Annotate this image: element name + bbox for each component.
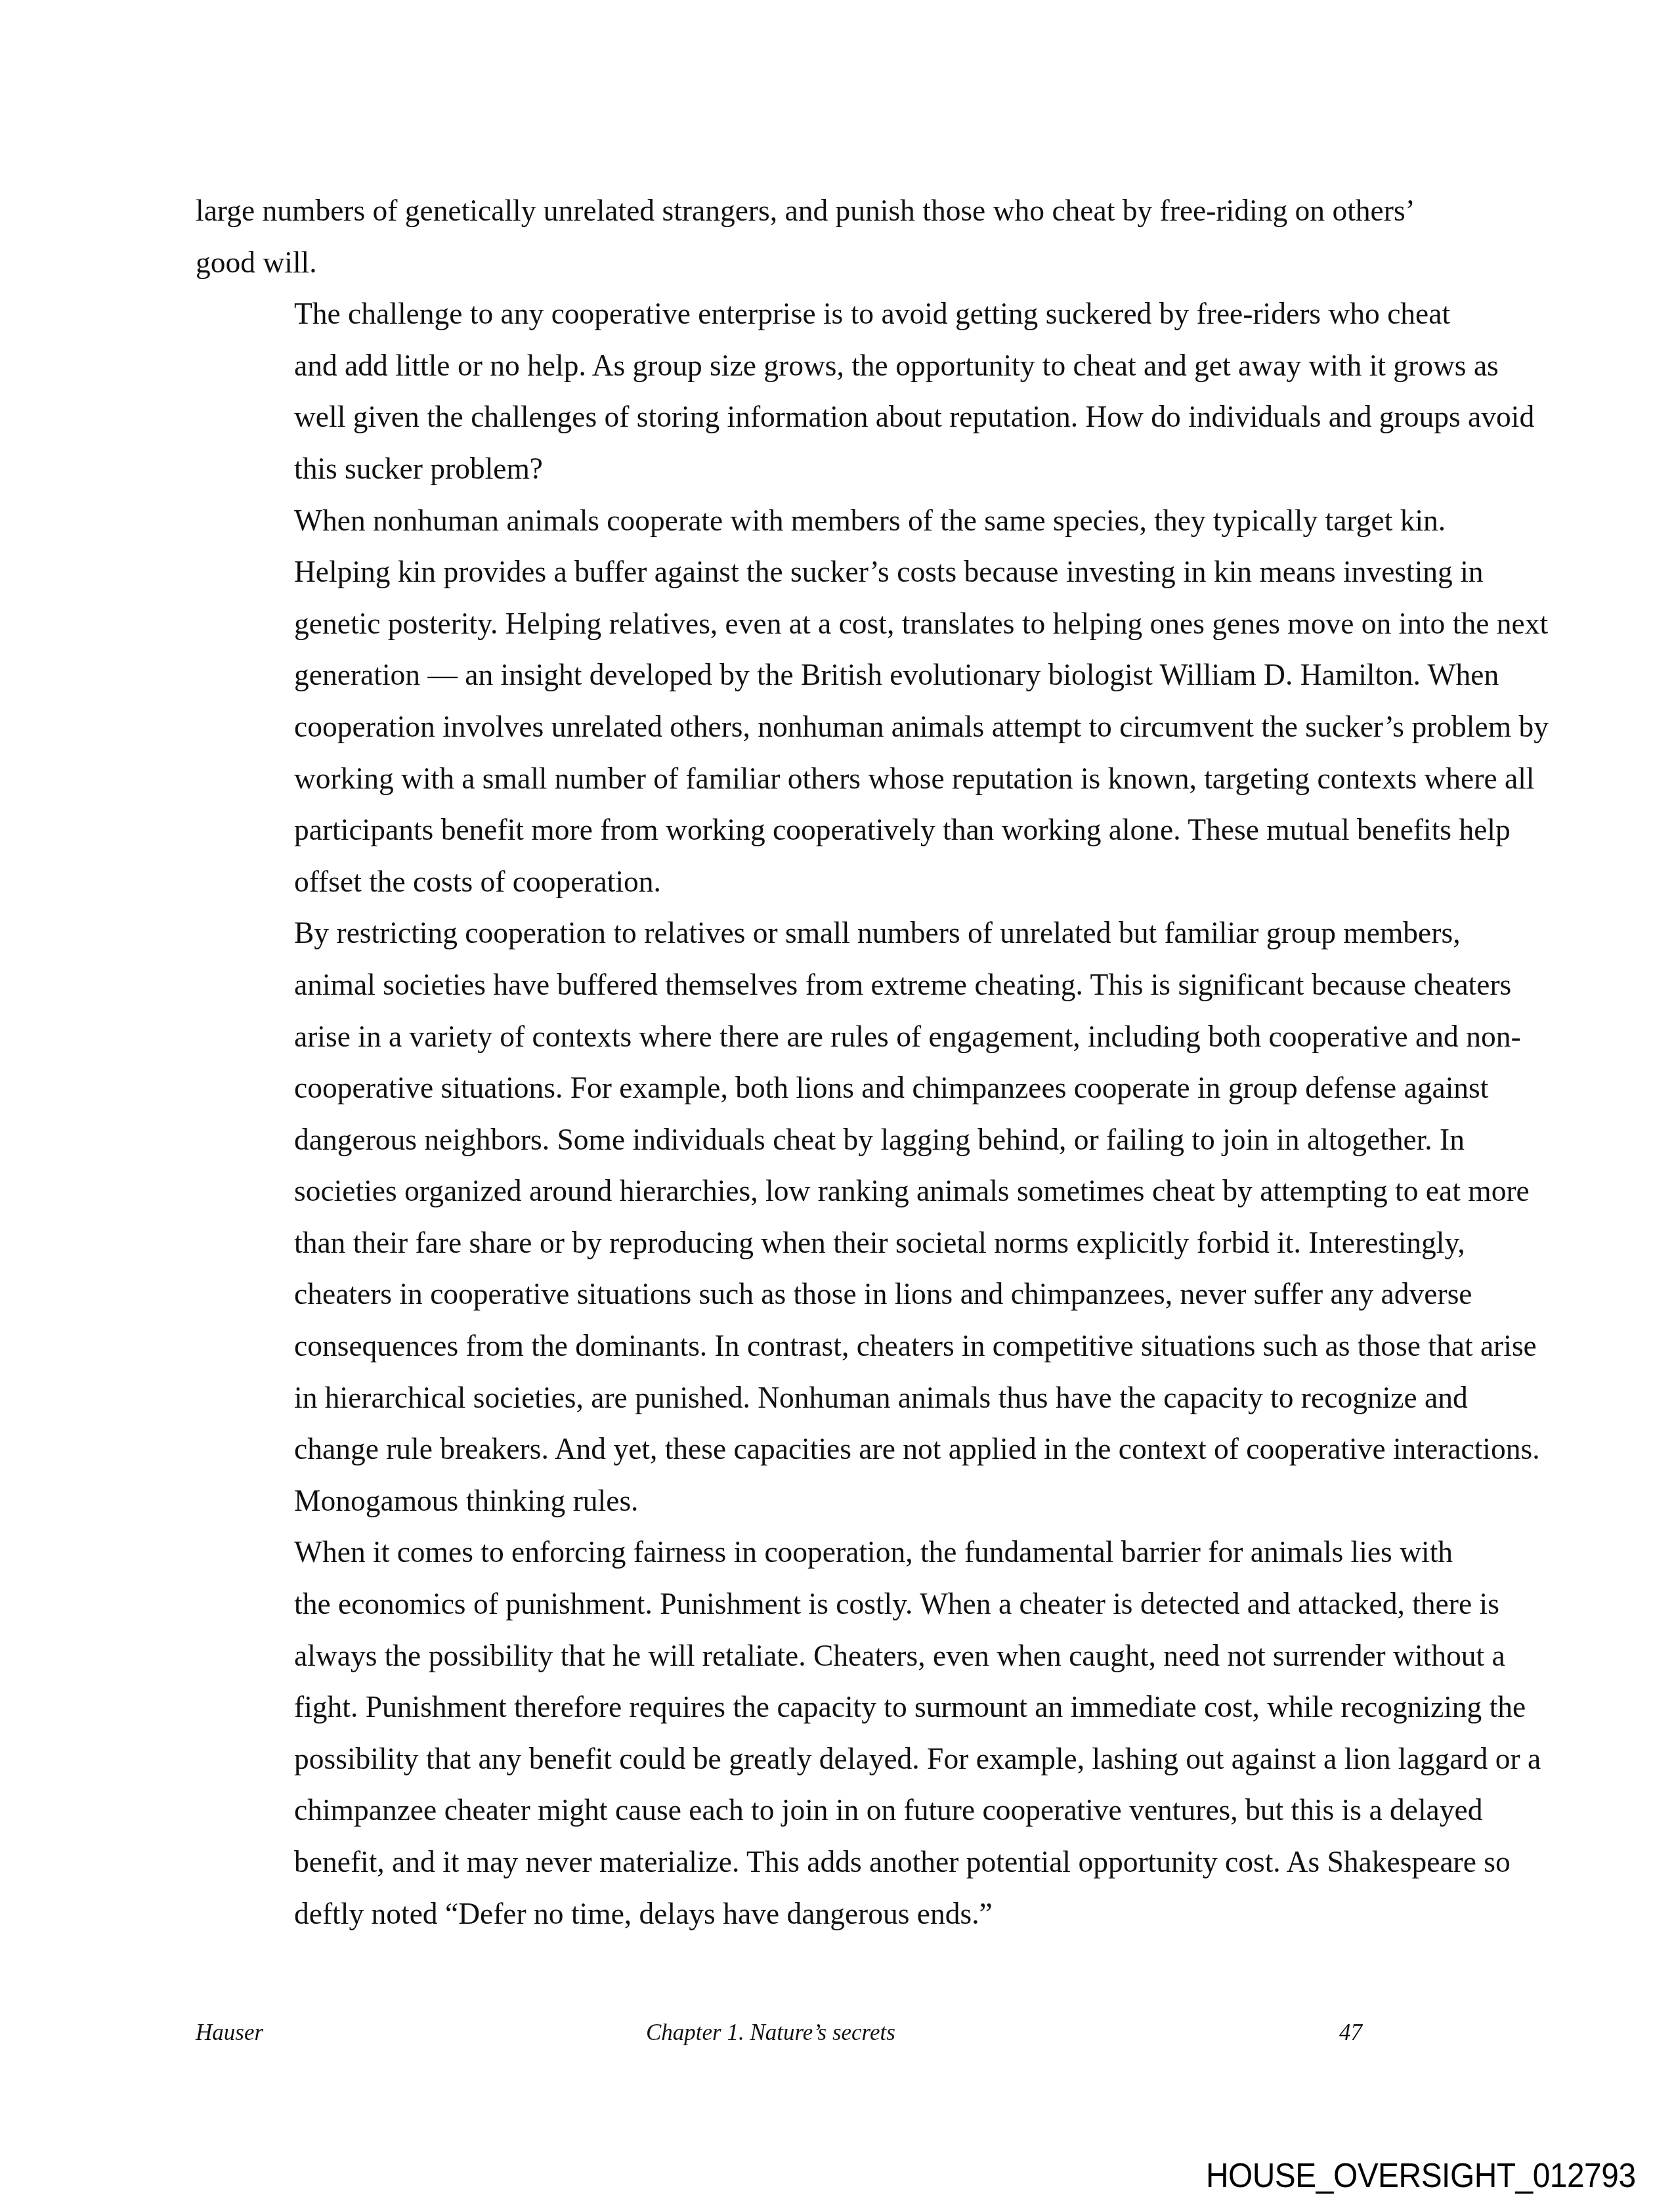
footer-page-number: 47 [1339, 2020, 1362, 2046]
bates-stamp: HOUSE_OVERSIGHT_012793 [1206, 2158, 1636, 2194]
text-line: participants benefit more from working c… [196, 804, 1463, 856]
text-line: societies organized around hierarchies, … [196, 1165, 1463, 1217]
text-line: always the possibility that he will reta… [196, 1630, 1463, 1682]
text-line: well given the challenges of storing inf… [196, 391, 1463, 443]
text-line: working with a small number of familiar … [196, 753, 1463, 805]
paragraph: When nonhuman animals cooperate with mem… [196, 495, 1463, 908]
text-line: dangerous neighbors. Some individuals ch… [196, 1114, 1463, 1166]
text-line: in hierarchical societies, are punished.… [196, 1372, 1463, 1424]
text-line: The challenge to any cooperative enterpr… [196, 288, 1463, 340]
text-line: than their fare share or by reproducing … [196, 1217, 1463, 1269]
paragraph: large numbers of genetically unrelated s… [196, 185, 1463, 288]
page-body: large numbers of genetically unrelated s… [196, 185, 1463, 1940]
text-line: cooperative situations. For example, bot… [196, 1062, 1463, 1114]
text-line: fight. Punishment therefore requires the… [196, 1681, 1463, 1733]
text-line: offset the costs of cooperation. [196, 856, 1463, 908]
paragraph: By restricting cooperation to relatives … [196, 907, 1463, 1527]
text-line: By restricting cooperation to relatives … [196, 907, 1463, 959]
text-line: the economics of punishment. Punishment … [196, 1578, 1463, 1630]
paragraph: When it comes to enforcing fairness in c… [196, 1527, 1463, 1940]
text-line: generation — an insight developed by the… [196, 649, 1463, 701]
text-line: cooperation involves unrelated others, n… [196, 701, 1463, 753]
text-line: genetic posterity. Helping relatives, ev… [196, 598, 1463, 650]
text-line: Monogamous thinking rules. [196, 1475, 1463, 1527]
footer-author: Hauser [196, 2020, 263, 2046]
text-line: benefit, and it may never materialize. T… [196, 1836, 1463, 1888]
text-line: animal societies have buffered themselve… [196, 959, 1463, 1011]
text-line: good will. [196, 237, 1463, 289]
text-line: this sucker problem? [196, 443, 1463, 495]
text-line: When nonhuman animals cooperate with mem… [196, 495, 1463, 547]
text-line: chimpanzee cheater might cause each to j… [196, 1785, 1463, 1836]
text-line: and add little or no help. As group size… [196, 340, 1463, 392]
paragraph: The challenge to any cooperative enterpr… [196, 288, 1463, 494]
text-line: consequences from the dominants. In cont… [196, 1320, 1463, 1372]
text-line: deftly noted “Defer no time, delays have… [196, 1888, 1463, 1940]
text-line: possibility that any benefit could be gr… [196, 1733, 1463, 1785]
text-line: When it comes to enforcing fairness in c… [196, 1527, 1463, 1578]
text-line: arise in a variety of contexts where the… [196, 1011, 1463, 1063]
footer-chapter-title: Chapter 1. Nature’s secrets [646, 2020, 895, 2046]
text-line: cheaters in cooperative situations such … [196, 1269, 1463, 1320]
text-line: large numbers of genetically unrelated s… [196, 185, 1463, 237]
text-line: Helping kin provides a buffer against th… [196, 546, 1463, 598]
text-line: change rule breakers. And yet, these cap… [196, 1423, 1463, 1475]
